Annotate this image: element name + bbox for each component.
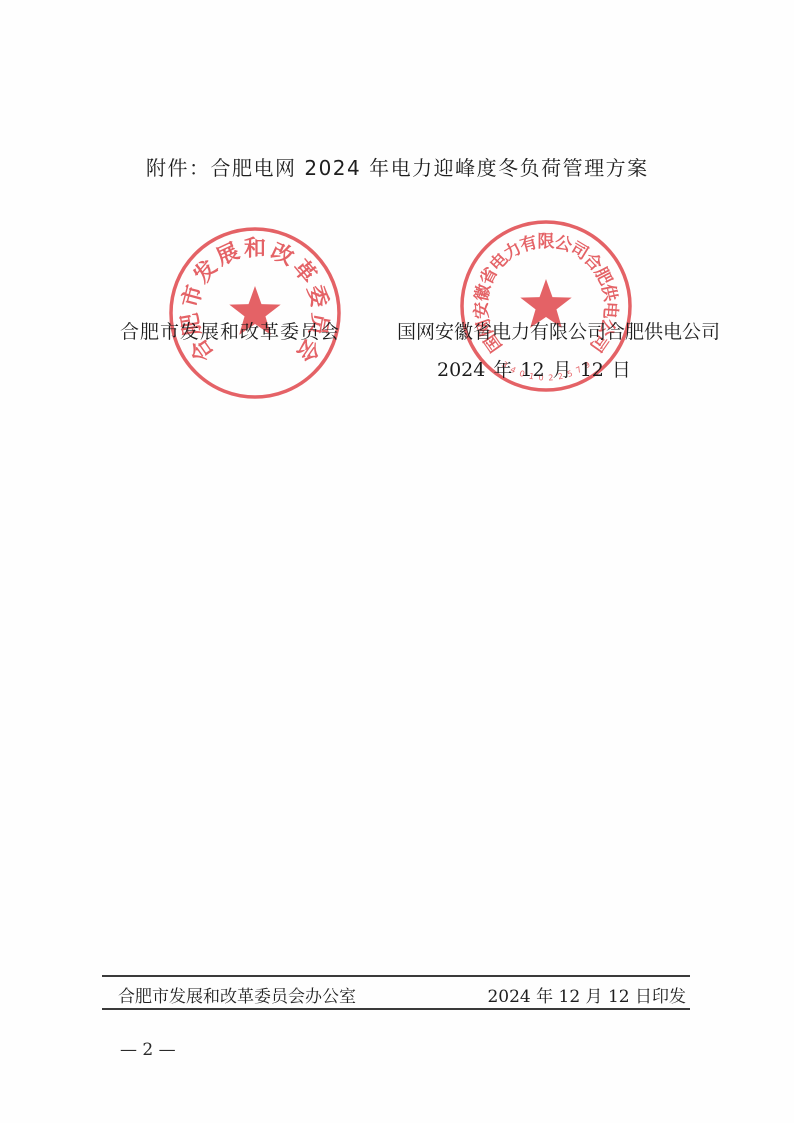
svg-text:委: 委 xyxy=(302,283,332,311)
footer-rule-bottom xyxy=(102,1008,690,1010)
svg-text:展: 展 xyxy=(213,239,244,271)
svg-text:市: 市 xyxy=(178,283,208,311)
svg-text:限: 限 xyxy=(538,232,555,252)
footer-issuer: 合肥市发展和改革委员会办公室 xyxy=(118,982,356,1007)
svg-text:和: 和 xyxy=(244,237,266,262)
svg-text:革: 革 xyxy=(287,255,321,289)
signatory-right: 国网安徽省电力有限公司合肥供电公司 xyxy=(397,317,720,344)
signature-date: 2024 年 12 月 12 日 xyxy=(437,355,631,382)
footer-rule-top xyxy=(102,975,690,977)
signatory-left: 合肥市发展和改革委员会 xyxy=(120,317,340,344)
seal-left-stamp-icon: 合肥市发展和改革委员会 xyxy=(167,225,343,401)
attachment-title: 附件：合肥电网 2024 年电力迎峰度冬负荷管理方案 xyxy=(146,152,649,181)
footer-issue-date: 2024 年 12 月 12 日印发 xyxy=(487,982,686,1007)
document-page: 附件：合肥电网 2024 年电力迎峰度冬负荷管理方案 合肥市发展和改革委员会 国… xyxy=(0,0,794,1123)
page-number: — 2 — xyxy=(120,1040,176,1060)
